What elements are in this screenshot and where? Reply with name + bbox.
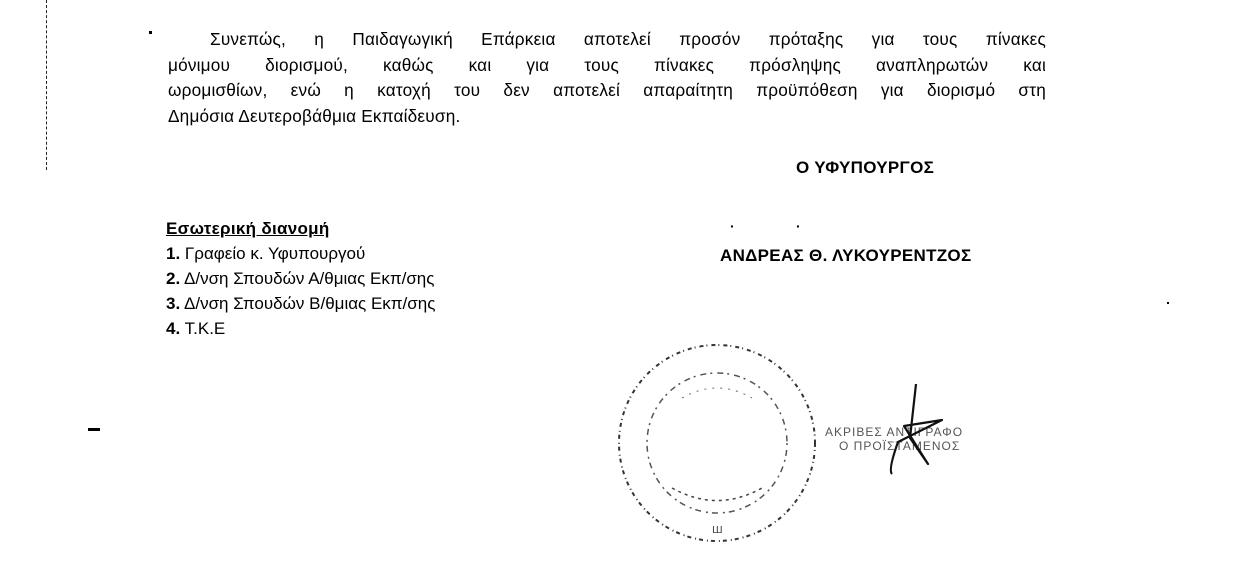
distribution-item: 1. Γραφείο κ. Υφυπουργού [166, 241, 435, 266]
paragraph-line: μόνιμου διορισμού, καθώς και για τους πί… [168, 53, 1046, 79]
svg-text:Ш: Ш [712, 525, 723, 536]
paragraph-line: Συνεπώς, η Παιδαγωγική Επάρκεια αποτελεί… [168, 27, 1046, 53]
scan-speck [1167, 302, 1169, 304]
distribution-item: 3. Δ/νση Σπουδών Β/θμιας Εκπ/σης [166, 291, 435, 316]
distribution-heading: Εσωτερική διανομή [166, 216, 435, 241]
scan-speck [88, 428, 100, 431]
signatory-role: Ο ΥΦΥΠΟΥΡΓΟΣ [796, 158, 934, 178]
signatory-name: ΑΝΔΡΕΑΣ Θ. ΛΥΚΟΥΡΕΝΤΖΟΣ [720, 246, 971, 266]
paragraph-line: ωρομισθίων, ενώ η κατοχή του δεν αποτελε… [168, 78, 1046, 104]
body-paragraph: Συνεπώς, η Παιδαγωγική Επάρκεια αποτελεί… [168, 27, 1046, 129]
internal-distribution: Εσωτερική διανομή 1. Γραφείο κ. Υφυπουργ… [166, 216, 435, 341]
signature-icon [880, 380, 960, 480]
paragraph-line: Δημόσια Δευτεροβάθμια Εκπαίδευση. [168, 104, 1046, 130]
official-stamp-icon: Ш [612, 338, 822, 548]
distribution-item: 2. Δ/νση Σπουδών Α/θμιας Εκπ/σης [166, 266, 435, 291]
distribution-item: 4. Τ.Κ.Ε [166, 316, 435, 341]
scan-dot: · [730, 218, 735, 234]
scan-dot: · [796, 218, 801, 234]
scan-margin-line [46, 0, 48, 170]
scan-speck [149, 31, 152, 34]
